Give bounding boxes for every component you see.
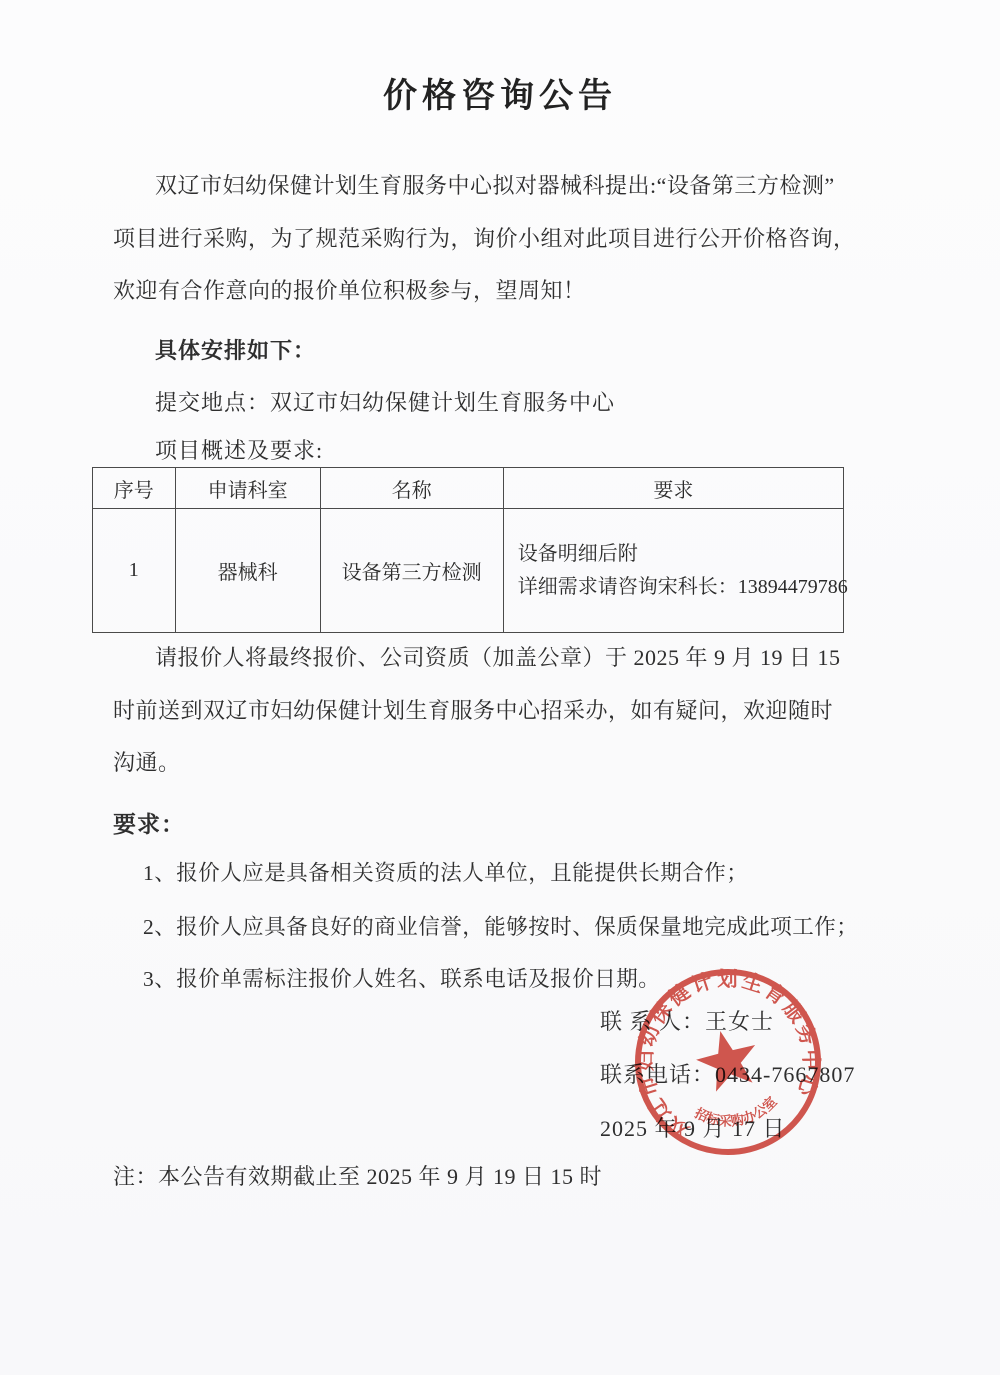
table-header-no: 序号 — [93, 468, 176, 509]
intro-line: 欢迎有合作意向的报价单位积极参与，望周知！ — [113, 265, 893, 318]
validity-note: 注：本公告有效期截止至 2025 年 9 月 19 日 15 时 — [113, 1160, 602, 1191]
arrangement-heading: 具体安排如下： — [155, 334, 316, 365]
submission-line: 时前送到双辽市妇幼保健计划生育服务中心招采办，如有疑问，欢迎随时 — [113, 685, 893, 738]
page-title: 价格咨询公告 — [0, 68, 1000, 117]
table-cell-name: 设备第三方检测 — [320, 509, 503, 633]
contact-phone: 联系电话：0434-7667807 — [600, 1058, 855, 1089]
table-cell-requirement: 设备明细后附 详细需求请咨询宋科长：13894479786 — [503, 509, 843, 633]
requirement-item-2: 2、报价人应具备良好的商业信誉，能够按时、保质保量地完成此项工作； — [143, 910, 858, 941]
table-cell-no: 1 — [93, 509, 176, 633]
requirement-line: 设备明细后附 — [518, 538, 843, 571]
table-header-requirement: 要求 — [503, 468, 843, 509]
requirements-heading: 要求： — [113, 806, 185, 839]
submission-paragraph: 请报价人将最终报价、公司资质（加盖公章）于 2025 年 9 月 19 日 15… — [113, 632, 893, 790]
table-header-name: 名称 — [320, 468, 503, 509]
table-cell-department: 器械科 — [175, 509, 320, 633]
table-header-department: 申请科室 — [175, 468, 320, 509]
requirement-line: 详细需求请咨询宋科长：13894479786 — [518, 571, 843, 604]
intro-paragraph: 双辽市妇幼保健计划生育服务中心拟对器械科提出:“设备第三方检测” 项目进行采购，… — [113, 160, 893, 318]
contact-person: 联 系 人：王女士 — [600, 1005, 774, 1036]
submission-line: 请报价人将最终报价、公司资质（加盖公章）于 2025 年 9 月 19 日 15 — [113, 632, 893, 685]
requirement-item-3: 3、报价单需标注报价人姓名、联系电话及报价日期。 — [143, 962, 660, 993]
issue-date: 2025 年 9 月 17 日 — [600, 1112, 786, 1143]
table-row: 1 器械科 设备第三方检测 设备明细后附 详细需求请咨询宋科长：13894479… — [93, 509, 844, 633]
table-header-row: 序号 申请科室 名称 要求 — [93, 468, 844, 509]
intro-line: 双辽市妇幼保健计划生育服务中心拟对器械科提出:“设备第三方检测” — [113, 160, 893, 213]
intro-line: 项目进行采购，为了规范采购行为，询价小组对此项目进行公开价格咨询， — [113, 213, 893, 266]
items-table: 序号 申请科室 名称 要求 1 器械科 设备第三方检测 设备明细后附 详细需求请… — [92, 467, 844, 633]
submission-location: 提交地点：双辽市妇幼保健计划生育服务中心 — [155, 386, 615, 417]
project-overview-label: 项目概述及要求: — [155, 434, 323, 465]
scanned-announcement-page: 价格咨询公告 双辽市妇幼保健计划生育服务中心拟对器械科提出:“设备第三方检测” … — [0, 0, 1000, 1375]
submission-line: 沟通。 — [113, 737, 893, 790]
requirement-item-1: 1、报价人应是具备相关资质的法人单位，且能提供长期合作； — [143, 856, 748, 887]
